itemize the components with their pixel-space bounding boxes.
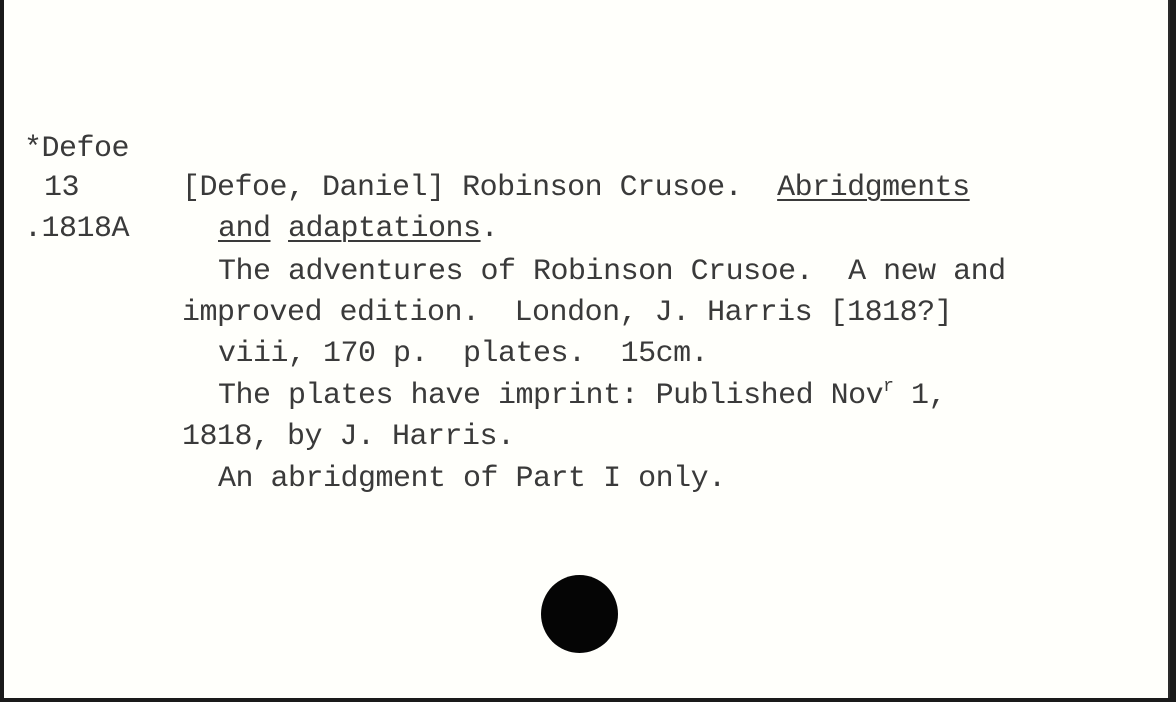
subject-adaptations: adaptations bbox=[288, 212, 481, 246]
heading-line-2: and adaptations. bbox=[218, 214, 498, 244]
collation: viii, 170 p. plates. 15cm. bbox=[218, 339, 708, 369]
author-heading: [Defoe, Daniel] bbox=[182, 171, 445, 205]
note-1-text-end: 1, bbox=[893, 379, 946, 413]
call-number-line-3: .1818A bbox=[24, 214, 129, 244]
subject-period: . bbox=[481, 212, 499, 246]
heading-line: [Defoe, Daniel] Robinson Crusoe. Abridgm… bbox=[182, 173, 970, 203]
note-1-line-1: The plates have imprint: Published Novr … bbox=[218, 381, 946, 411]
call-number-line-2: 13 bbox=[44, 173, 79, 203]
title-line-1: The adventures of Robinson Crusoe. A new… bbox=[218, 257, 1006, 287]
subject-and: and bbox=[218, 212, 271, 246]
catalog-card: *Defoe 13 .1818A [Defoe, Daniel] Robinso… bbox=[4, 0, 1170, 698]
uniform-title: Robinson Crusoe. bbox=[462, 171, 742, 205]
note-1-text: The plates have imprint: Published Nov bbox=[218, 379, 883, 413]
subject-abridgments: Abridgments bbox=[777, 171, 970, 205]
call-number-line-1: *Defoe bbox=[24, 134, 129, 164]
note-2: An abridgment of Part I only. bbox=[218, 464, 726, 494]
punch-hole-icon bbox=[541, 575, 618, 653]
note-1-superscript: r bbox=[883, 377, 893, 397]
note-1-line-2: 1818, by J. Harris. bbox=[182, 422, 515, 452]
title-line-2: improved edition. London, J. Harris [181… bbox=[182, 298, 952, 328]
